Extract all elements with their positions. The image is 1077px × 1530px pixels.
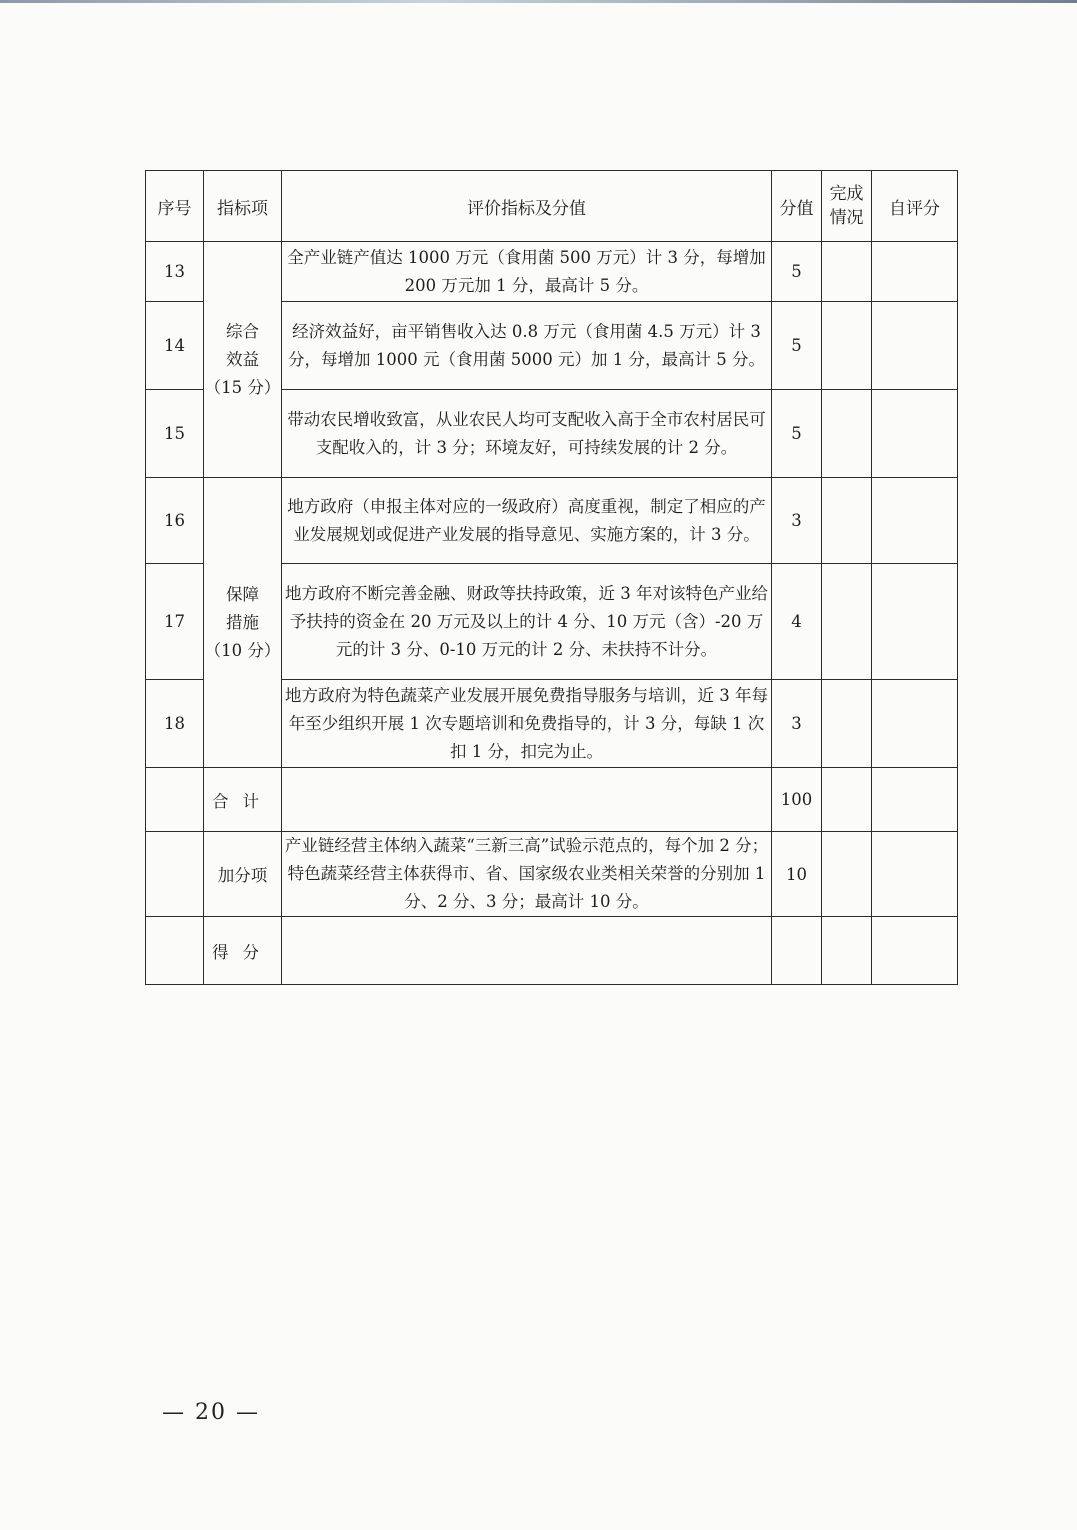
category-safeguard-measures: 保障 措施 （10 分） [204,478,282,768]
row-criteria: 带动农民增收致富，从业农民人均可支配收入高于全市农村居民可支配收入的，计 3 分… [282,390,772,478]
row-self-score-cell[interactable] [872,302,958,390]
total-completion-cell[interactable] [822,768,872,832]
category-line: 措施 [226,613,259,632]
row-score: 5 [772,302,822,390]
total-score: 100 [772,768,822,832]
bonus-row: 加分项 产业链经营主体纳入蔬菜“三新三高”试验示范点的，每个加 2 分；特色蔬菜… [146,832,958,917]
final-criteria-cell [282,917,772,985]
final-score-row: 得分 [146,917,958,985]
row-index: 13 [146,242,204,302]
row-index: 17 [146,564,204,680]
final-completion-cell[interactable] [822,917,872,985]
row-completion-cell[interactable] [822,242,872,302]
row-criteria: 经济效益好，亩平销售收入达 0.8 万元（食用菌 4.5 万元）计 3 分，每增… [282,302,772,390]
row-self-score-cell[interactable] [872,680,958,768]
final-score-cell[interactable] [772,917,822,985]
header-completion-line2: 情况 [830,208,864,228]
row-score: 5 [772,390,822,478]
bonus-index-cell [146,832,204,917]
total-self-score-cell[interactable] [872,768,958,832]
bonus-score: 10 [772,832,822,917]
row-self-score-cell[interactable] [872,564,958,680]
page-number: — 20 — [162,1400,260,1425]
category-points: （15 分） [205,378,281,397]
row-completion-cell[interactable] [822,564,872,680]
category-points: （10 分） [205,641,281,660]
total-criteria [282,768,772,832]
category-line: 保障 [226,585,259,604]
bonus-label: 加分项 [204,832,282,917]
evaluation-score-table: 序号 指标项 评价指标及分值 分值 完成 情况 自评分 13 综合 效益 （15… [145,170,958,985]
row-criteria: 地方政府不断完善金融、财政等扶持政策，近 3 年对该特色产业给予扶持的资金在 2… [282,564,772,680]
row-index: 15 [146,390,204,478]
row-index: 16 [146,478,204,564]
bonus-self-score-cell[interactable] [872,832,958,917]
category-line: 综合 [226,322,259,341]
row-self-score-cell[interactable] [872,242,958,302]
total-index-cell [146,768,204,832]
row-score: 4 [772,564,822,680]
table-header-row: 序号 指标项 评价指标及分值 分值 完成 情况 自评分 [146,171,958,242]
final-score-label: 得分 [204,917,282,985]
header-completion: 完成 情况 [822,171,872,242]
scan-top-edge [0,0,1077,3]
category-comprehensive-benefit: 综合 效益 （15 分） [204,242,282,478]
header-criteria: 评价指标及分值 [282,171,772,242]
row-score: 5 [772,242,822,302]
header-index: 序号 [146,171,204,242]
row-criteria: 地方政府（申报主体对应的一级政府）高度重视，制定了相应的产业发展规划或促进产业发… [282,478,772,564]
row-criteria: 地方政府为特色蔬菜产业发展开展免费指导服务与培训，近 3 年每年至少组织开展 1… [282,680,772,768]
evaluation-table-container: 序号 指标项 评价指标及分值 分值 完成 情况 自评分 13 综合 效益 （15… [145,170,957,985]
table-row: 16 保障 措施 （10 分） 地方政府（申报主体对应的一级政府）高度重视，制定… [146,478,958,564]
bonus-criteria: 产业链经营主体纳入蔬菜“三新三高”试验示范点的，每个加 2 分；特色蔬菜经营主体… [282,832,772,917]
row-self-score-cell[interactable] [872,478,958,564]
row-completion-cell[interactable] [822,680,872,768]
final-index-cell [146,917,204,985]
final-self-score-cell[interactable] [872,917,958,985]
row-score: 3 [772,478,822,564]
row-index: 18 [146,680,204,768]
row-index: 14 [146,302,204,390]
header-self-score: 自评分 [872,171,958,242]
header-item: 指标项 [204,171,282,242]
table-row: 13 综合 效益 （15 分） 全产业链产值达 1000 万元（食用菌 500 … [146,242,958,302]
row-completion-cell[interactable] [822,390,872,478]
total-label: 合计 [204,768,282,832]
total-row: 合计 100 [146,768,958,832]
header-score: 分值 [772,171,822,242]
category-line: 效益 [226,350,259,369]
row-completion-cell[interactable] [822,478,872,564]
row-completion-cell[interactable] [822,302,872,390]
row-self-score-cell[interactable] [872,390,958,478]
header-completion-line1: 完成 [830,184,864,204]
bonus-completion-cell[interactable] [822,832,872,917]
row-score: 3 [772,680,822,768]
row-criteria: 全产业链产值达 1000 万元（食用菌 500 万元）计 3 分，每增加 200… [282,242,772,302]
